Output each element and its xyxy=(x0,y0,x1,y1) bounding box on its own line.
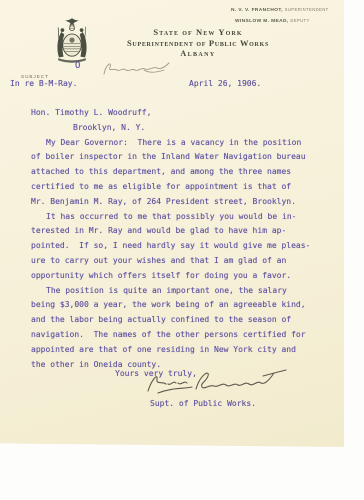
body-line: attached to this department, and among t… xyxy=(31,165,329,180)
body-line: opportunity which offers itself for doin… xyxy=(31,269,329,284)
body-line: of boiler inspector in the Inland Water … xyxy=(31,150,329,165)
deputy-role: DEPUTY xyxy=(290,18,309,23)
recipient-address: Brooklyn, N. Y. xyxy=(31,121,329,136)
superintendent-role: SUPERINTENDENT xyxy=(285,7,329,12)
letterhead-office: Superintendent of Public Works xyxy=(98,38,298,48)
body-paragraphs: My Dear Governor: There is a vacancy in … xyxy=(31,136,329,373)
deputy-name: WINSLOW M. MEAD, xyxy=(235,19,289,24)
body-line: terested in Mr. Ray and would be glad to… xyxy=(31,224,329,239)
letterhead-state: State of New York xyxy=(98,27,298,37)
body-line: ure to carry out your wishes and that I … xyxy=(31,254,329,269)
body-line: and the labor being actually confined to… xyxy=(31,313,329,328)
body-paragraph: The position is quite an important one, … xyxy=(31,284,329,373)
handwritten-note xyxy=(100,58,172,85)
recipient-name: Hon. Timothy L. Woodruff, xyxy=(31,106,329,121)
letterhead-officials: N. V. V. FRANCHOT, SUPERINTENDENT WINSLO… xyxy=(231,5,329,26)
body-line: Mr. Benjamin M. Ray, of 264 President st… xyxy=(31,195,329,210)
letter-body: Hon. Timothy L. Woodruff, Brooklyn, N. Y… xyxy=(31,106,329,372)
body-line: certified to me as eligible for appointm… xyxy=(31,180,329,195)
signer-title: Supt. of Public Works. xyxy=(150,399,256,408)
letterhead-city: Albany xyxy=(98,49,298,58)
body-line: It has occurred to me that possibly you … xyxy=(31,210,329,225)
file-mark: O xyxy=(75,61,80,71)
body-paragraph: It has occurred to me that possibly you … xyxy=(31,210,329,284)
body-line: My Dear Governor: There is a vacancy in … xyxy=(31,136,329,151)
body-line: pointed. If so, I need hardly say it wou… xyxy=(31,239,329,254)
scanned-letter-page: N. V. V. FRANCHOT, SUPERINTENDENT WINSLO… xyxy=(0,0,364,500)
body-line: navigation. The names of the other perso… xyxy=(31,328,329,343)
body-line: being $3,000 a year, the work being of a… xyxy=(31,298,329,313)
subject-value: In re B-M-Ray. xyxy=(10,79,77,88)
superintendent-name: N. V. V. FRANCHOT, xyxy=(231,8,283,13)
new-york-state-seal-icon xyxy=(49,17,95,72)
date-line: April 26, 1906. xyxy=(189,79,261,88)
body-paragraph: My Dear Governor: There is a vacancy in … xyxy=(31,136,329,210)
letterhead-title: State of New York Superintendent of Publ… xyxy=(98,27,298,58)
letter-paper: N. V. V. FRANCHOT, SUPERINTENDENT WINSLO… xyxy=(0,0,344,447)
body-line: The position is quite an important one, … xyxy=(31,284,329,299)
body-line: appointed are that of one residing in Ne… xyxy=(31,343,329,358)
official-deputy: WINSLOW M. MEAD, DEPUTY xyxy=(235,16,329,27)
official-superintendent: N. V. V. FRANCHOT, SUPERINTENDENT xyxy=(231,5,329,16)
